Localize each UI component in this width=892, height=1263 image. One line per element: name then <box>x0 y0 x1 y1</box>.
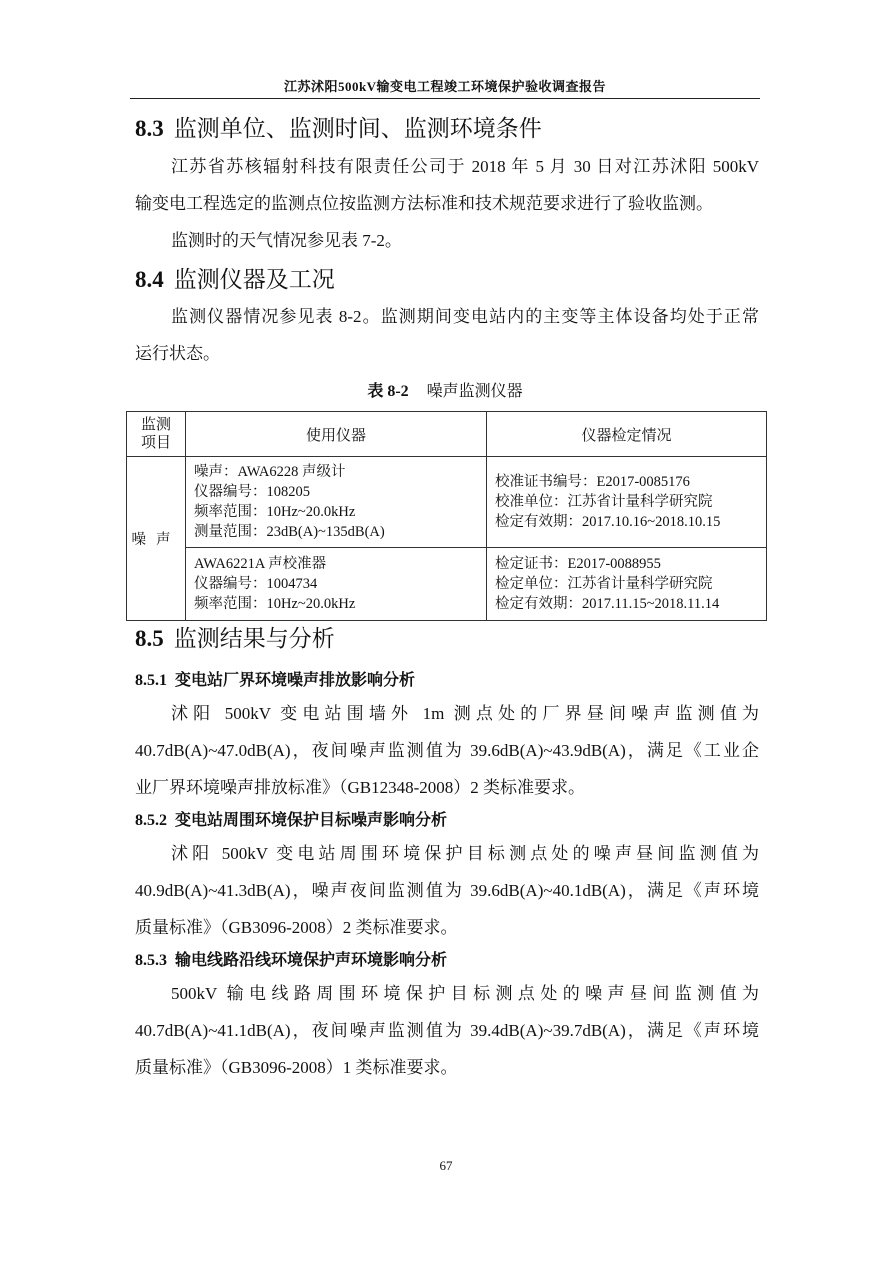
subsection-title: 输电线路沿线环境保护声环境影响分析 <box>175 952 447 969</box>
text-line: 运行状态。 <box>135 335 759 372</box>
text-line: 江苏省苏核辐射科技有限责任公司于 2018 年 5 月 30 日对江苏沭阳 50… <box>135 148 759 185</box>
text-line: 沭阳 500kV 变电站周围环境保护目标测点处的噪声昼间监测值为 <box>135 835 759 872</box>
table-header-row: 监测 项目 使用仪器 仪器检定情况 <box>127 412 767 457</box>
header-calibration: 仪器检定情况 <box>487 412 767 457</box>
monitoring-item-cell: 噪声 <box>127 457 186 621</box>
instrument-table: 监测 项目 使用仪器 仪器检定情况 噪声 噪声：AWA6228 声级计 仪器编号… <box>126 411 767 621</box>
section-number: 8.5 <box>135 626 164 651</box>
paragraph-8-5-3-body: 500kV 输电线路周围环境保护目标测点处的噪声昼间监测值为 40.7dB(A)… <box>135 975 759 1086</box>
text-line: 40.7dB(A)~47.0dB(A)，夜间噪声监测值为 39.6dB(A)~4… <box>135 732 759 769</box>
text-line: 40.7dB(A)~41.1dB(A)，夜间噪声监测值为 39.4dB(A)~3… <box>135 1012 759 1049</box>
subsection-heading-8-5-3: 8.5.3输电线路沿线环境保护声环境影响分析 <box>135 947 447 970</box>
calibration-cell: 检定证书：E2017-0088955 检定单位：江苏省计量科学研究院 检定有效期… <box>487 548 767 621</box>
instrument-cell: 噪声：AWA6228 声级计 仪器编号：108205 频率范围：10Hz~20.… <box>186 457 487 548</box>
text-line: 质量标准》（GB3096-2008）1 类标准要求。 <box>135 1049 759 1086</box>
cell-line: 测量范围：23dB(A)~135dB(A) <box>194 522 478 542</box>
table-row: AWA6221A 声校准器 仪器编号：1004734 频率范围：10Hz~20.… <box>127 548 767 621</box>
cell-line: 校准证书编号：E2017-0085176 <box>495 472 758 492</box>
cell-line: 校准单位：江苏省计量科学研究院 <box>495 492 758 512</box>
text-line: 监测时的天气情况参见表 7-2。 <box>135 222 759 259</box>
header-text: 监测 <box>141 417 171 433</box>
text-line: 监测仪器情况参见表 8-2。监测期间变电站内的主变等主体设备均处于正常 <box>135 298 759 335</box>
subsection-heading-8-5-2: 8.5.2变电站周围环境保护目标噪声影响分析 <box>135 807 447 830</box>
text-line: 质量标准》（GB3096-2008）2 类标准要求。 <box>135 909 759 946</box>
section-heading-8-5: 8.5监测结果与分析 <box>135 620 335 653</box>
subsection-heading-8-5-1: 8.5.1变电站厂界环境噪声排放影响分析 <box>135 667 415 690</box>
running-header: 江苏沭阳500kV输变电工程竣工环境保护验收调查报告 <box>130 76 760 95</box>
header-divider <box>130 98 760 99</box>
page-number: 67 <box>0 1158 892 1174</box>
section-title: 监测单位、监测时间、监测环境条件 <box>174 116 542 141</box>
cell-line: 检定有效期：2017.10.16~2018.10.15 <box>495 512 758 532</box>
calibration-cell: 校准证书编号：E2017-0085176 校准单位：江苏省计量科学研究院 检定有… <box>487 457 767 548</box>
text-line: 500kV 输电线路周围环境保护目标测点处的噪声昼间监测值为 <box>135 975 759 1012</box>
subsection-number: 8.5.3 <box>135 952 167 969</box>
section-heading-8-4: 8.4监测仪器及工况 <box>135 261 335 294</box>
text-line: 40.9dB(A)~41.3dB(A)，噪声夜间监测值为 39.6dB(A)~4… <box>135 872 759 909</box>
text-line: 沭阳 500kV 变电站围墙外 1m 测点处的厂界昼间噪声监测值为 <box>135 695 759 732</box>
cell-line: AWA6221A 声校准器 <box>194 554 478 574</box>
section-title: 监测仪器及工况 <box>174 267 335 292</box>
section-number: 8.4 <box>135 267 164 292</box>
table-row: 噪声 噪声：AWA6228 声级计 仪器编号：108205 频率范围：10Hz~… <box>127 457 767 548</box>
subsection-number: 8.5.1 <box>135 672 167 689</box>
cell-line: 频率范围：10Hz~20.0kHz <box>194 502 478 522</box>
paragraph-8-3-body: 江苏省苏核辐射科技有限责任公司于 2018 年 5 月 30 日对江苏沭阳 50… <box>135 148 759 259</box>
cell-line: 仪器编号：108205 <box>194 482 478 502</box>
paragraph-8-5-2-body: 沭阳 500kV 变电站周围环境保护目标测点处的噪声昼间监测值为 40.9dB(… <box>135 835 759 946</box>
cell-line: 仪器编号：1004734 <box>194 574 478 594</box>
cell-line: 检定单位：江苏省计量科学研究院 <box>495 574 758 594</box>
section-number: 8.3 <box>135 116 164 141</box>
cell-line: 检定证书：E2017-0088955 <box>495 554 758 574</box>
text-line: 业厂界环境噪声排放标准》（GB12348-2008）2 类标准要求。 <box>135 769 759 806</box>
header-instrument: 使用仪器 <box>186 412 487 457</box>
subsection-title: 变电站周围环境保护目标噪声影响分析 <box>175 812 447 829</box>
subsection-title: 变电站厂界环境噪声排放影响分析 <box>175 672 415 689</box>
paragraph-8-4-body: 监测仪器情况参见表 8-2。监测期间变电站内的主变等主体设备均处于正常 运行状态… <box>135 298 759 372</box>
instrument-cell: AWA6221A 声校准器 仪器编号：1004734 频率范围：10Hz~20.… <box>186 548 487 621</box>
paragraph-8-5-1-body: 沭阳 500kV 变电站围墙外 1m 测点处的厂界昼间噪声监测值为 40.7dB… <box>135 695 759 806</box>
table-caption: 表 8-2噪声监测仪器 <box>130 378 760 401</box>
text-line: 输变电工程选定的监测点位按监测方法标准和技术规范要求进行了验收监测。 <box>135 185 759 222</box>
subsection-number: 8.5.2 <box>135 812 167 829</box>
cell-line: 噪声：AWA6228 声级计 <box>194 462 478 482</box>
cell-line: 频率范围：10Hz~20.0kHz <box>194 594 478 614</box>
table-caption-number: 表 8-2 <box>367 383 408 400</box>
section-title: 监测结果与分析 <box>174 626 335 651</box>
section-heading-8-3: 8.3监测单位、监测时间、监测环境条件 <box>135 110 542 143</box>
header-text: 项目 <box>141 435 171 451</box>
header-monitoring-item: 监测 项目 <box>127 412 186 457</box>
table-caption-title: 噪声监测仪器 <box>427 383 523 400</box>
cell-line: 检定有效期：2017.11.15~2018.11.14 <box>495 594 758 614</box>
